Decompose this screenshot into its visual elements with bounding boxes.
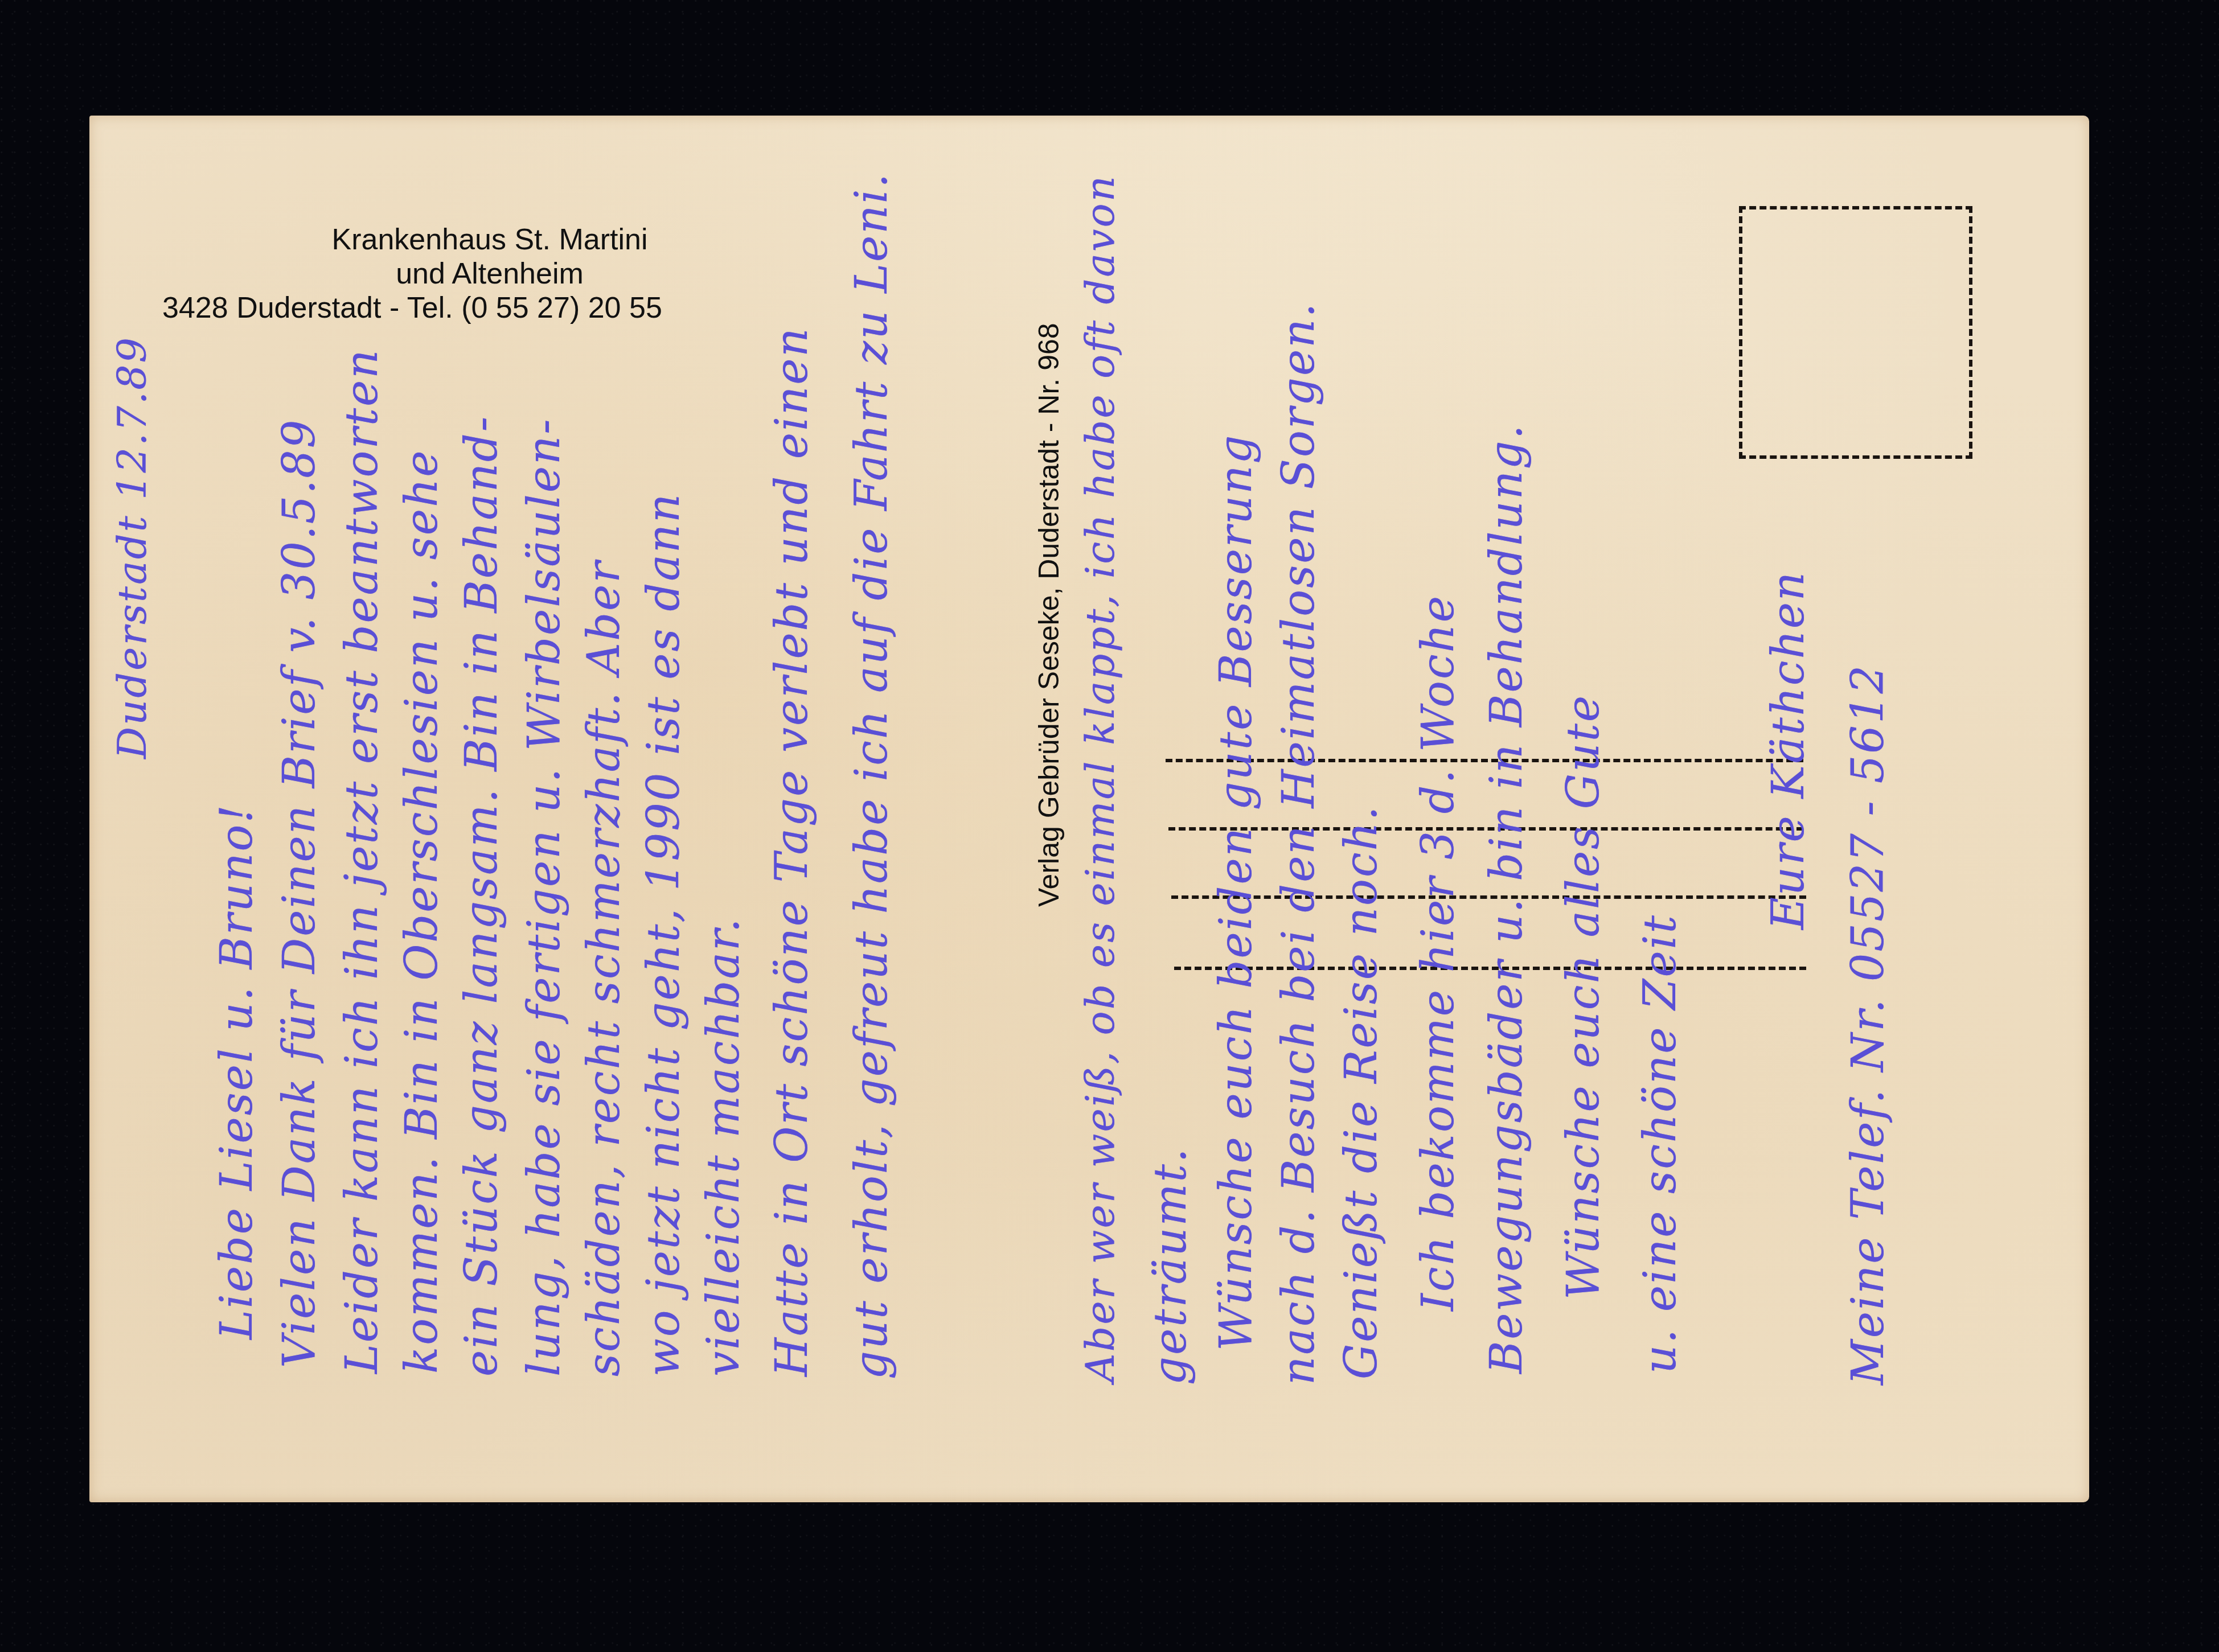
handwritten-line: ein Stück ganz langsam. Bin in Behand-	[460, 415, 504, 1376]
handwritten-line: Ich bekomme hier 3 d. Woche	[1416, 594, 1461, 1311]
handwritten-line: Wünsche euch beiden gute Besserung	[1214, 434, 1258, 1351]
handwritten-line: schäden, recht schmerzhaft. Aber	[582, 560, 626, 1376]
handwritten-line: nach d. Besuch bei den Heimatlosen Sorge…	[1277, 302, 1321, 1385]
handwritten-phone: Meine Telef. Nr. 05527 - 5612	[1846, 664, 1890, 1385]
handwritten-line: geträumt.	[1149, 1146, 1193, 1385]
handwritten-line: Hatte in Ort schöne Tage verlebt und ein…	[770, 326, 814, 1376]
header-subtitle: und Altenheim	[162, 257, 817, 291]
header-institution: Krankenhaus St. Martini	[162, 223, 817, 257]
handwritten-line: vielleicht machbar.	[702, 917, 746, 1376]
handwritten-line: kommen. Bin in Oberschlesien u. sehe	[400, 449, 444, 1374]
handwritten-line: Leider kann ich ihn jetzt erst beantwort…	[340, 348, 384, 1374]
publisher-imprint: Verlag Gebrüder Seseke, Duderstadt - Nr.…	[1035, 116, 1063, 907]
handwritten-line: Bewegungsbäder u. bin in Behandlung.	[1484, 423, 1529, 1374]
handwritten-line: Genießt die Reise noch.	[1339, 804, 1384, 1379]
sender-header: Krankenhaus St. Martini und Altenheim 34…	[162, 223, 817, 325]
handwritten-line: Wünsche euch alles Gute	[1561, 694, 1606, 1300]
handwritten-line: lung, habe sie fertigen u. Wirbelsäulen-	[522, 417, 567, 1376]
handwritten-signature: Eure Käthchen	[1766, 570, 1811, 930]
handwritten-line: Aber wer weiß, ob es einmal klappt, ich …	[1080, 174, 1120, 1382]
handwritten-line: wo jetzt nicht geht, 1990 ist es dann	[642, 492, 686, 1376]
handwritten-line: Liebe Liesel u. Bruno!	[215, 803, 259, 1339]
handwritten-line: Vielen Dank für Deinen Brief v. 30.5.89	[277, 418, 322, 1368]
postcard: Krankenhaus St. Martini und Altenheim 34…	[89, 116, 2089, 1502]
handwritten-line: gut erholt, gefreut habe ich auf die Fah…	[850, 172, 894, 1379]
header-address-phone: 3428 Duderstadt - Tel. (0 55 27) 20 55	[162, 291, 817, 325]
handwritten-line: u. eine schöne Zeit	[1638, 914, 1683, 1374]
handwritten-date: Duderstadt 12.7.89	[112, 336, 152, 759]
stamp-box	[1739, 206, 1972, 459]
